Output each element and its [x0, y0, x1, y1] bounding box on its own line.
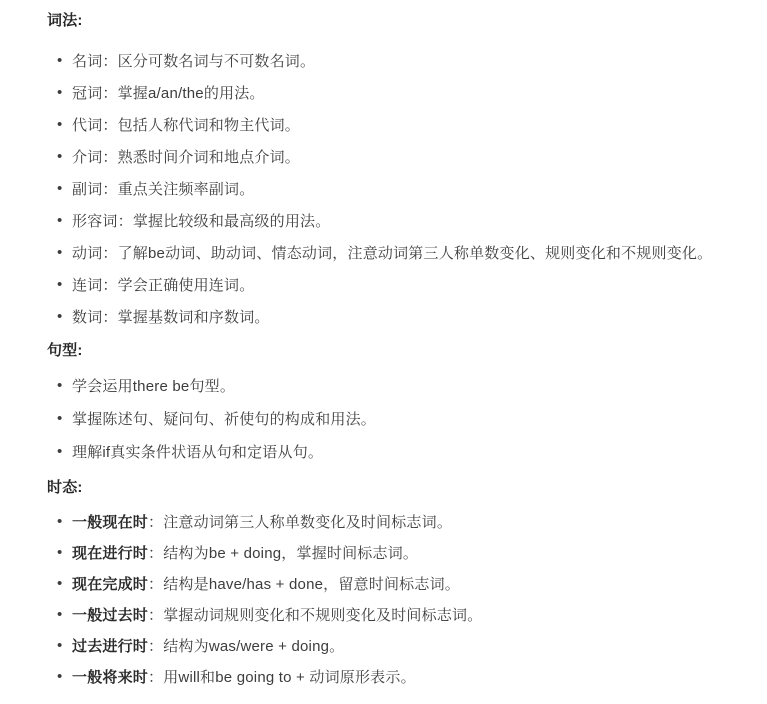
- bullet-icon: •: [57, 308, 72, 325]
- bullet-icon: •: [57, 244, 72, 261]
- item-text: 学会运用there be句型。: [72, 375, 235, 396]
- list-item: •连词：学会正确使用连词。: [57, 268, 739, 300]
- bullet-icon: •: [57, 637, 72, 654]
- list-item: •现在进行时：结构为be + doing，掌握时间标志词。: [57, 537, 739, 568]
- item-term: 形容词: [72, 210, 118, 231]
- item-text: 用will和be going to + 动词原形表示。: [163, 666, 416, 687]
- list-item: •理解if真实条件状语从句和定语从句。: [57, 435, 739, 468]
- item-text: 结构为was/were + doing。: [163, 635, 344, 656]
- list-item: •动词：了解be动词、助动词、情态动词，注意动词第三人称单数变化、规则变化和不规…: [57, 236, 739, 268]
- item-text: 熟悉时间介词和地点介词。: [118, 146, 300, 167]
- item-text: 掌握基数词和序数词。: [118, 306, 270, 327]
- bullet-icon: •: [57, 544, 72, 561]
- item-text: 学会正确使用连词。: [118, 274, 255, 295]
- item-text: 结构为be + doing，掌握时间标志词。: [163, 542, 418, 563]
- list-item: •一般将来时：用will和be going to + 动词原形表示。: [57, 661, 739, 692]
- item-separator: ：: [148, 542, 163, 563]
- item-term: 连词: [72, 274, 102, 295]
- bullet-icon: •: [57, 575, 72, 592]
- item-separator: ：: [102, 82, 117, 103]
- item-separator: ：: [148, 666, 163, 687]
- item-term: 名词: [72, 50, 102, 71]
- item-separator: ：: [148, 635, 163, 656]
- bullet-icon: •: [57, 513, 72, 530]
- list-item: •名词：区分可数名词与不可数名词。: [57, 44, 739, 76]
- list-item: •代词：包括人称代词和物主代词。: [57, 108, 739, 140]
- bullet-icon: •: [57, 443, 72, 460]
- bullet-list-juxing: •学会运用there be句型。•掌握陈述句、疑问句、祈使句的构成和用法。•理解…: [47, 369, 739, 468]
- item-text: 重点关注频率副词。: [118, 178, 255, 199]
- item-term: 现在完成时: [72, 573, 148, 594]
- item-text: 掌握比较级和最高级的用法。: [133, 210, 331, 231]
- section-heading-juxing: 句型:: [47, 336, 739, 366]
- bullet-icon: •: [57, 148, 72, 165]
- bullet-icon: •: [57, 410, 72, 427]
- item-text: 区分可数名词与不可数名词。: [118, 50, 316, 71]
- section-cifa: 词法:•名词：区分可数名词与不可数名词。•冠词：掌握a/an/the的用法。•代…: [47, 6, 739, 332]
- item-term: 过去进行时: [72, 635, 148, 656]
- item-term: 现在进行时: [72, 542, 148, 563]
- item-separator: ：: [102, 114, 117, 135]
- item-separator: ：: [102, 274, 117, 295]
- document-body: 词法:•名词：区分可数名词与不可数名词。•冠词：掌握a/an/the的用法。•代…: [0, 0, 767, 692]
- bullet-list-cifa: •名词：区分可数名词与不可数名词。•冠词：掌握a/an/the的用法。•代词：包…: [47, 44, 739, 332]
- item-text: 掌握a/an/the的用法。: [118, 82, 265, 103]
- bullet-icon: •: [57, 276, 72, 293]
- section-heading-shitai: 时态:: [47, 473, 739, 503]
- item-term: 冠词: [72, 82, 102, 103]
- item-term: 数词: [72, 306, 102, 327]
- item-text: 理解if真实条件状语从句和定语从句。: [72, 441, 323, 462]
- list-item: •数词：掌握基数词和序数词。: [57, 300, 739, 332]
- section-heading-cifa: 词法:: [47, 6, 739, 36]
- bullet-icon: •: [57, 116, 72, 133]
- bullet-icon: •: [57, 668, 72, 685]
- item-text: 掌握陈述句、疑问句、祈使句的构成和用法。: [72, 408, 376, 429]
- item-term: 一般过去时: [72, 604, 148, 625]
- bullet-list-shitai: •一般现在时：注意动词第三人称单数变化及时间标志词。•现在进行时：结构为be +…: [47, 506, 739, 692]
- list-item: •一般过去时：掌握动词规则变化和不规则变化及时间标志词。: [57, 599, 739, 630]
- item-text: 注意动词第三人称单数变化及时间标志词。: [163, 511, 452, 532]
- list-item: •现在完成时：结构是have/has + done，留意时间标志词。: [57, 568, 739, 599]
- item-text: 了解be动词、助动词、情态动词，注意动词第三人称单数变化、规则变化和不规则变化。: [118, 242, 713, 263]
- bullet-icon: •: [57, 52, 72, 69]
- item-separator: ：: [102, 146, 117, 167]
- bullet-icon: •: [57, 84, 72, 101]
- item-separator: ：: [148, 511, 163, 532]
- list-item: •掌握陈述句、疑问句、祈使句的构成和用法。: [57, 402, 739, 435]
- list-item: •副词：重点关注频率副词。: [57, 172, 739, 204]
- bullet-icon: •: [57, 212, 72, 229]
- item-term: 动词: [72, 242, 102, 263]
- document-page: 词法:•名词：区分可数名词与不可数名词。•冠词：掌握a/an/the的用法。•代…: [0, 0, 767, 704]
- bullet-icon: •: [57, 180, 72, 197]
- item-term: 介词: [72, 146, 102, 167]
- item-term: 副词: [72, 178, 102, 199]
- list-item: •一般现在时：注意动词第三人称单数变化及时间标志词。: [57, 506, 739, 537]
- item-text: 结构是have/has + done，留意时间标志词。: [163, 573, 460, 594]
- list-item: •介词：熟悉时间介词和地点介词。: [57, 140, 739, 172]
- item-separator: ：: [102, 242, 117, 263]
- item-text: 掌握动词规则变化和不规则变化及时间标志词。: [163, 604, 482, 625]
- item-separator: ：: [102, 178, 117, 199]
- item-separator: ：: [148, 604, 163, 625]
- list-item: •学会运用there be句型。: [57, 369, 739, 402]
- item-separator: ：: [102, 50, 117, 71]
- item-term: 一般将来时: [72, 666, 148, 687]
- list-item: •形容词：掌握比较级和最高级的用法。: [57, 204, 739, 236]
- section-shitai: 时态:•一般现在时：注意动词第三人称单数变化及时间标志词。•现在进行时：结构为b…: [47, 473, 739, 692]
- item-separator: ：: [148, 573, 163, 594]
- item-separator: ：: [102, 306, 117, 327]
- item-term: 代词: [72, 114, 102, 135]
- bullet-icon: •: [57, 606, 72, 623]
- bullet-icon: •: [57, 377, 72, 394]
- section-juxing: 句型:•学会运用there be句型。•掌握陈述句、疑问句、祈使句的构成和用法。…: [47, 336, 739, 468]
- item-term: 一般现在时: [72, 511, 148, 532]
- list-item: •过去进行时：结构为was/were + doing。: [57, 630, 739, 661]
- item-separator: ：: [118, 210, 133, 231]
- list-item: •冠词：掌握a/an/the的用法。: [57, 76, 739, 108]
- item-text: 包括人称代词和物主代词。: [118, 114, 300, 135]
